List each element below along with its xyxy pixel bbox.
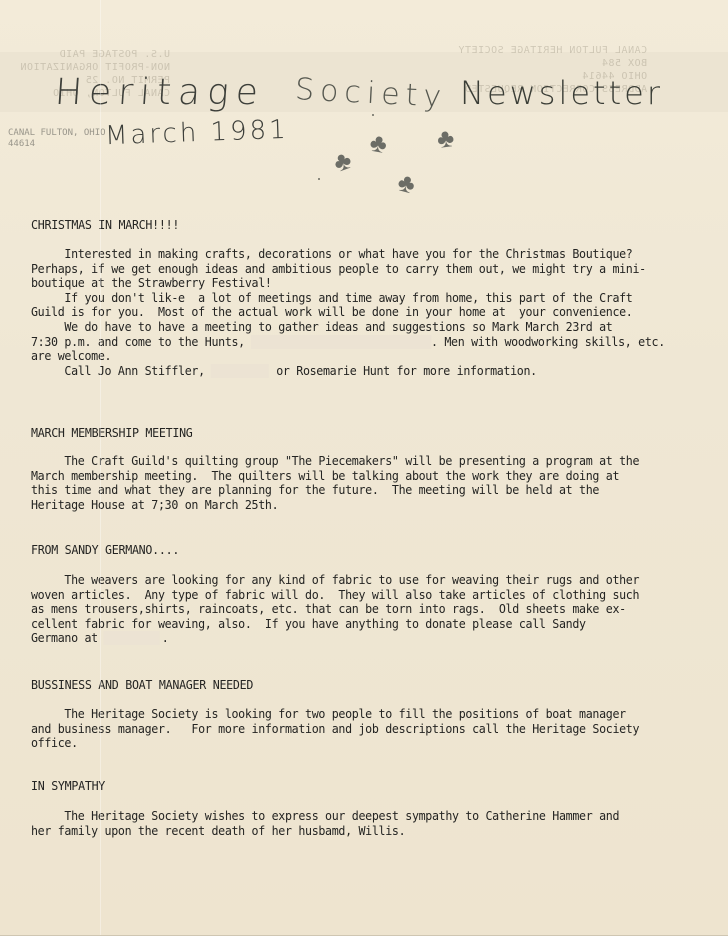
article-body: Interested in making crafts, decorations…	[31, 247, 665, 378]
article-line: this time and what they are planning for…	[31, 483, 639, 498]
page-bottom-edge	[0, 935, 728, 941]
article-line: Call Jo Ann Stiffler,or Rosemarie Hunt f…	[31, 364, 665, 379]
article-line: The weavers are looking for any kind of …	[31, 573, 639, 588]
article-line: The Heritage Society wishes to express o…	[31, 809, 619, 824]
article-line: boutique at the Strawberry Festival!	[31, 276, 665, 291]
article-line: Perhaps, if we get enough ideas and ambi…	[31, 262, 665, 277]
article-line: Heritage House at 7;30 on March 25th.	[31, 498, 639, 513]
article-line: Germano at.	[31, 631, 639, 646]
shamrock-doodle-icon: ♣	[435, 122, 456, 155]
article-body: The weavers are looking for any kind of …	[31, 573, 639, 646]
article-line: If you don't lik-e a lot of meetings and…	[31, 291, 665, 306]
article-body: The Heritage Society wishes to express o…	[31, 809, 619, 838]
article-line: March membership meeting. The quilters w…	[31, 469, 639, 484]
article-line: her family upon the recent death of her …	[31, 824, 619, 839]
article-body: The Heritage Society is looking for two …	[31, 707, 639, 751]
article-line: We do have to have a meeting to gather i…	[31, 320, 665, 335]
shamrock-doodle-icon: ♣	[367, 127, 389, 160]
article-from-sandy-germano: FROM SANDY GERMANO.... The weavers are l…	[31, 543, 717, 558]
article-line: and business manager. For more informati…	[31, 722, 639, 737]
ink-dot	[372, 114, 374, 116]
article-line: Guild is for you. Most of the actual wor…	[31, 305, 665, 320]
redacted-phone	[210, 364, 268, 378]
article-heading: MARCH MEMBERSHIP MEETING	[31, 426, 717, 441]
article-line: 7:30 p.m. and come to the Hunts,. Men wi…	[31, 335, 665, 350]
article-line: are welcome.	[31, 349, 665, 364]
article-in-sympathy: IN SYMPATHY The Heritage Society wishes …	[31, 779, 717, 794]
article-line: The Heritage Society is looking for two …	[31, 707, 639, 722]
article-line: Interested in making crafts, decorations…	[31, 247, 665, 262]
newsletter-page: U.S. POSTAGE PAID NON-PROFIT ORGANIZATIO…	[0, 0, 728, 935]
address-label-remnant: CANAL FULTON, OHIO 44614	[8, 128, 106, 150]
article-body: The Craft Guild's quilting group "The Pi…	[31, 454, 639, 512]
shamrock-doodle-icon: ♣	[394, 166, 419, 200]
ink-dot	[318, 178, 320, 180]
article-heading: FROM SANDY GERMANO....	[31, 543, 717, 558]
masthead-title-newsletter: Newsletter	[460, 74, 663, 112]
article-line: as mens trousers,shirts, raincoats, etc.…	[31, 602, 639, 617]
article-line: cellent fabric for weaving, also. If you…	[31, 617, 639, 632]
shamrock-doodle-icon: ♣	[329, 144, 356, 179]
redacted-address	[251, 335, 431, 349]
article-heading: IN SYMPATHY	[31, 779, 717, 794]
article-christmas-in-march: CHRISTMAS IN MARCH!!!! Interested in mak…	[31, 218, 717, 233]
article-heading: BUSSINESS AND BOAT MANAGER NEEDED	[31, 678, 717, 693]
article-line: office.	[31, 736, 639, 751]
article-march-membership-meeting: MARCH MEMBERSHIP MEETING The Craft Guild…	[31, 426, 717, 441]
article-line: The Craft Guild's quilting group "The Pi…	[31, 454, 639, 469]
masthead-date: March 1981	[105, 115, 290, 151]
article-line: woven articles. Any type of fabric will …	[31, 588, 639, 603]
article-business-and-boat-manager: BUSSINESS AND BOAT MANAGER NEEDED The He…	[31, 678, 717, 693]
masthead-title-heritage: Heritage	[54, 72, 267, 113]
article-heading: CHRISTMAS IN MARCH!!!!	[31, 218, 717, 233]
redacted-phone	[103, 631, 159, 645]
masthead-title-society: Society	[294, 72, 448, 115]
